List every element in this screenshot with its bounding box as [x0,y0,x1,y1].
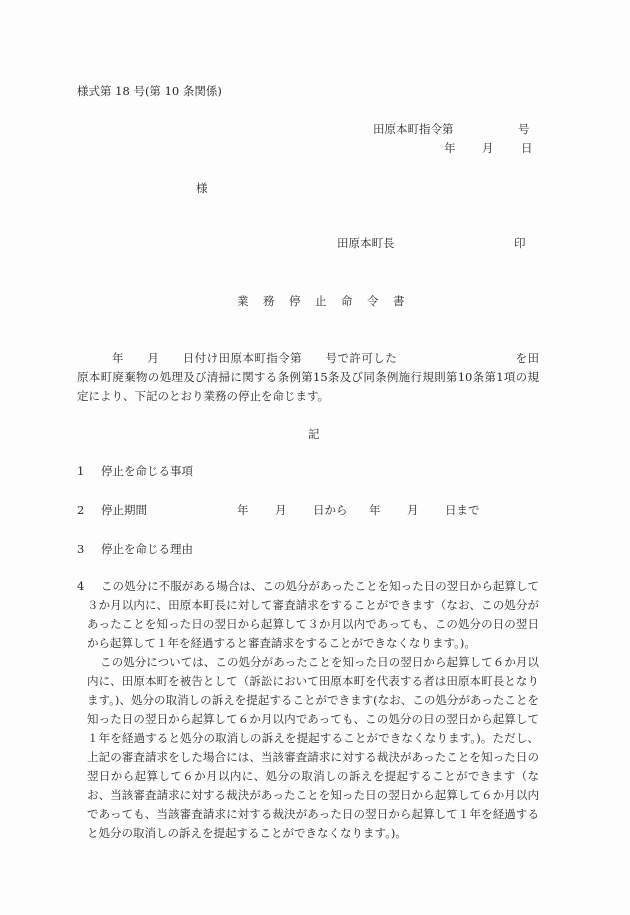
period-from-month: 月 [275,502,313,518]
period-from-day: 日から [313,502,369,518]
title-char: 命 [341,293,353,309]
period-to-day: 日まで [445,502,480,518]
item-4-appeal-notice: 4この処分に不服がある場合は、この処分があったことを知った日の翌日から起算して３… [77,577,539,843]
title-char: 業 [237,293,249,309]
item-2: 2停止期間 [77,502,147,518]
suspension-period: 年月日から年月日まで [237,502,480,518]
item-number: 2 [77,503,101,517]
order-body: 年月日付け田原本町指令第号で許可したを田原本町廃棄物の処理及び清掃に関する条例第… [77,349,539,406]
appeal-paragraph: 4この処分に不服がある場合は、この処分があったことを知った日の翌日から起算して３… [77,577,539,653]
body-month: 月 [147,351,159,365]
item-label: 停止期間 [101,503,147,517]
title-char: 停 [289,293,301,309]
ki-heading: 記 [308,426,320,442]
title-char: 務 [263,293,275,309]
item-3: 3停止を命じる理由 [77,541,193,557]
lawsuit-paragraph: この処分については、この処分があったことを知った日の翌日から起算して６か月以内に… [77,653,539,843]
issue-date: 年月日 [444,140,533,156]
period-to-month: 月 [407,502,445,518]
body-day-ref: 日付け田原本町指令第 [182,351,302,365]
date-month: 月 [482,140,521,156]
body-permit: 号で許可した [325,351,397,365]
item-number: 4 [77,577,101,596]
reference-prefix: 田原本町指令第 [373,121,454,137]
item-1: 1停止を命じる事項 [77,463,193,479]
item-label: 停止を命じる理由 [101,542,193,556]
body-year: 年 [112,351,124,365]
item-label: 停止を命じる事項 [101,464,193,478]
title-char: 書 [393,293,405,309]
item-number: 1 [77,464,101,478]
seal-mark: 印 [514,235,526,251]
addressee-honorific: 様 [196,180,208,196]
appeal-text: この処分に不服がある場合は、この処分があったことを知った日の翌日から起算して３か… [87,579,539,650]
period-from-year: 年 [237,502,275,518]
title-char: 令 [367,293,379,309]
period-to-year: 年 [369,502,407,518]
item-number: 3 [77,542,101,556]
form-id: 様式第 18 号(第 10 条関係) [77,83,222,99]
document-title: 業務停止命令書 [237,293,405,309]
date-day: 日 [521,140,533,156]
title-char: 止 [315,293,327,309]
reference-suffix: 号 [518,121,530,137]
date-year: 年 [444,140,482,156]
issuer-name: 田原本町長 [337,235,395,251]
